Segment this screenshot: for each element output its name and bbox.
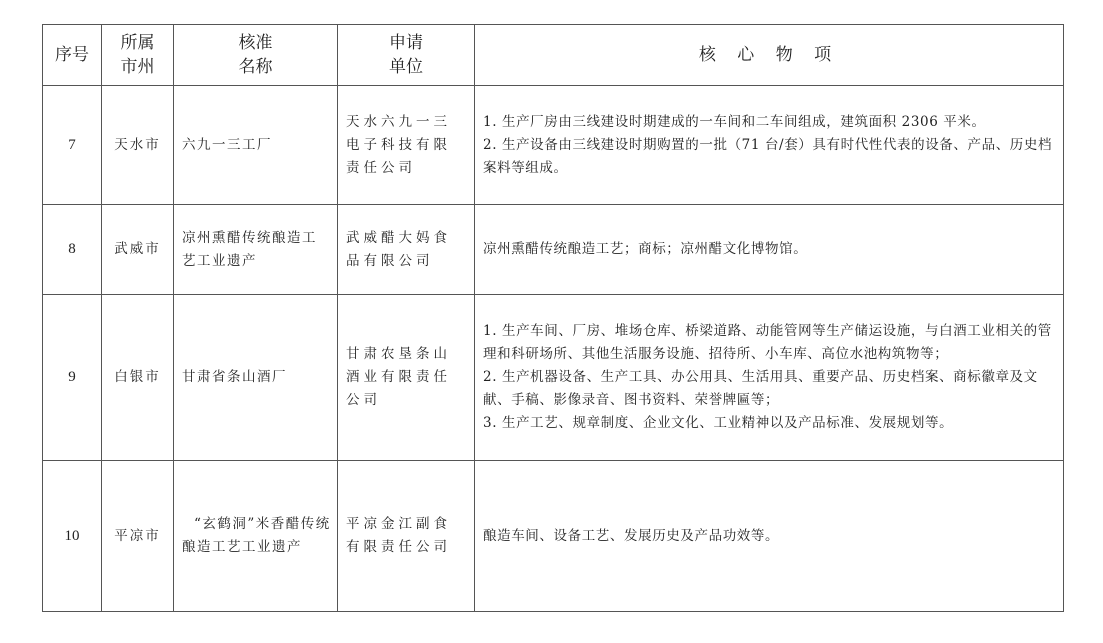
- header-name-line1: 核准: [239, 33, 273, 53]
- header-city: 所属市州: [102, 25, 174, 86]
- cell-seq: 10: [43, 461, 102, 612]
- heritage-table: 序号 所属市州 核准名称 申请单位 核 心 物 项 7 天水市 六九一三工厂 天…: [42, 24, 1064, 612]
- core-item: 1. 生产厂房由三线建设时期建成的一车间和二车间组成，建筑面积 2306 平米。: [483, 111, 1055, 134]
- cell-seq: 7: [43, 86, 102, 205]
- cell-core: 1. 生产车间、厂房、堆场仓库、桥梁道路、动能管网等生产储运设施，与白酒工业相关…: [475, 295, 1064, 461]
- cell-seq: 8: [43, 205, 102, 295]
- cell-core: 凉州熏醋传统酿造工艺；商标；凉州醋文化博物馆。: [475, 205, 1064, 295]
- core-item: 2. 生产机器设备、生产工具、办公用具、生活用具、重要产品、历史档案、商标徽章及…: [483, 366, 1055, 412]
- cell-name-text: “玄鹤洞”米香醋传统酿造工艺工业遗产: [182, 513, 331, 559]
- header-name-line2: 名称: [239, 57, 273, 77]
- header-unit-line1: 申请: [389, 33, 423, 53]
- core-item: 1. 生产车间、厂房、堆场仓库、桥梁道路、动能管网等生产储运设施，与白酒工业相关…: [483, 320, 1055, 366]
- header-row: 序号 所属市州 核准名称 申请单位 核 心 物 项: [43, 25, 1064, 86]
- cell-city: 白银市: [102, 295, 174, 461]
- header-seq: 序号: [43, 25, 102, 86]
- header-name: 核准名称: [174, 25, 338, 86]
- cell-unit: 天水六九一三电子科技有限责任公司: [338, 86, 475, 205]
- core-item: 3. 生产工艺、规章制度、企业文化、工业精神以及产品标准、发展规划等。: [483, 412, 1055, 435]
- header-unit: 申请单位: [338, 25, 475, 86]
- table-row: 10 平凉市 “玄鹤洞”米香醋传统酿造工艺工业遗产 平凉金江副食有限责任公司 酿…: [43, 461, 1064, 612]
- header-city-line1: 所属: [121, 33, 155, 53]
- table-row: 8 武威市 凉州熏醋传统酿造工艺工业遗产 武威醋大妈食品有限公司 凉州熏醋传统酿…: [43, 205, 1064, 295]
- cell-unit: 甘肃农垦条山酒业有限责任公司: [338, 295, 475, 461]
- cell-seq: 9: [43, 295, 102, 461]
- header-unit-line2: 单位: [389, 57, 423, 77]
- cell-city: 天水市: [102, 86, 174, 205]
- cell-name: “玄鹤洞”米香醋传统酿造工艺工业遗产: [174, 461, 338, 612]
- cell-name: 六九一三工厂: [174, 86, 338, 205]
- cell-city: 平凉市: [102, 461, 174, 612]
- cell-unit: 武威醋大妈食品有限公司: [338, 205, 475, 295]
- cell-core: 1. 生产厂房由三线建设时期建成的一车间和二车间组成，建筑面积 2306 平米。…: [475, 86, 1064, 205]
- cell-core: 酿造车间、设备工艺、发展历史及产品功效等。: [475, 461, 1064, 612]
- header-city-line2: 市州: [121, 57, 155, 77]
- table-row: 7 天水市 六九一三工厂 天水六九一三电子科技有限责任公司 1. 生产厂房由三线…: [43, 86, 1064, 205]
- cell-unit: 平凉金江副食有限责任公司: [338, 461, 475, 612]
- core-item: 2. 生产设备由三线建设时期购置的一批（71 台/套）具有时代性代表的设备、产品…: [483, 134, 1055, 180]
- header-core: 核 心 物 项: [475, 25, 1064, 86]
- cell-city: 武威市: [102, 205, 174, 295]
- table-row: 9 白银市 甘肃省条山酒厂 甘肃农垦条山酒业有限责任公司 1. 生产车间、厂房、…: [43, 295, 1064, 461]
- header-seq-label: 序号: [55, 45, 89, 65]
- cell-name: 凉州熏醋传统酿造工艺工业遗产: [174, 205, 338, 295]
- core-item: 酿造车间、设备工艺、发展历史及产品功效等。: [483, 525, 1055, 548]
- core-item: 凉州熏醋传统酿造工艺；商标；凉州醋文化博物馆。: [483, 238, 1055, 261]
- cell-name: 甘肃省条山酒厂: [174, 295, 338, 461]
